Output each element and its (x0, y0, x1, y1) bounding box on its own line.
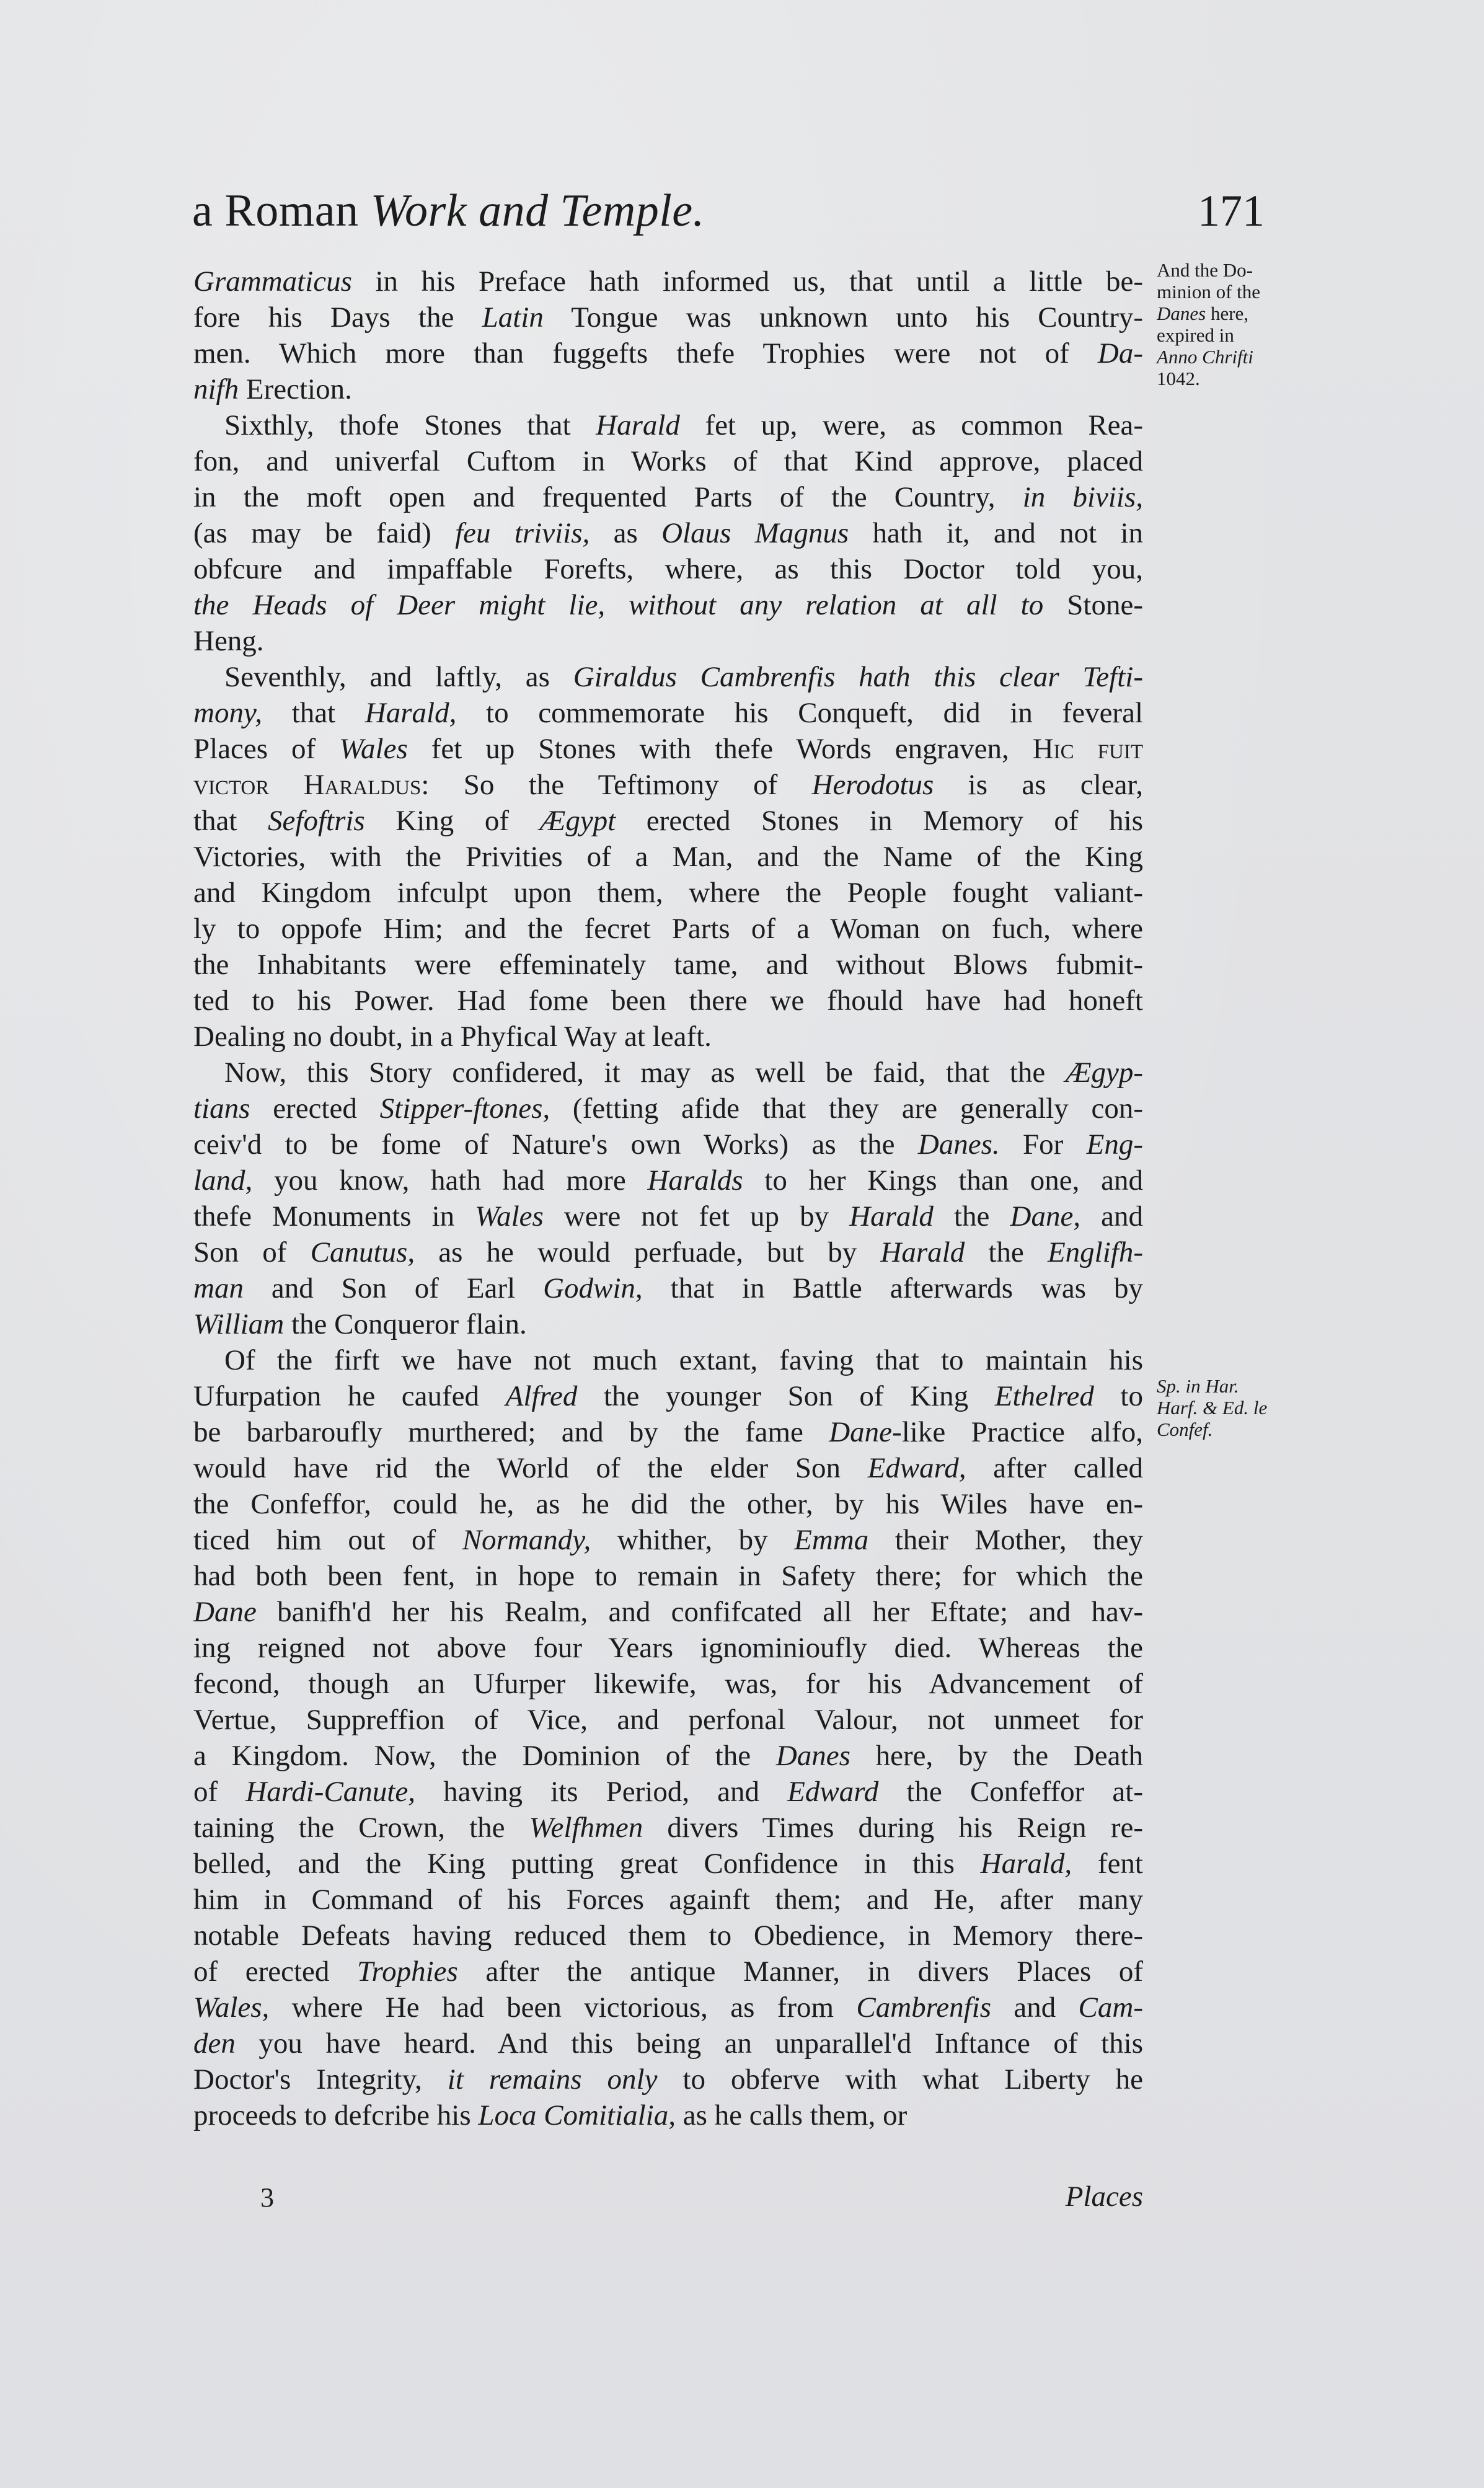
text-line: men. Which more than fuggefts thefe Trop… (193, 335, 1143, 371)
text-segment: of erected (193, 1955, 357, 1988)
text-segment: fore his Days the (193, 301, 482, 334)
text-segment: here, (1206, 303, 1248, 324)
text-segment: had both been fent, in hope to remain in… (193, 1560, 1143, 1592)
text-segment: ceiv'd to be fome of Nature's own Works)… (193, 1128, 918, 1161)
small-caps-text: Hic fuit (1033, 733, 1143, 765)
text-segment: in his Preface hath informed us, that un… (352, 265, 1143, 298)
italic-text: the Heads of Deer might lie, without any… (193, 589, 1043, 621)
italic-text: Trophies (357, 1955, 458, 1988)
margin-note-line: Harf. & Ed. le (1157, 1397, 1318, 1419)
text-segment: that (262, 697, 365, 729)
text-segment: Ufurpation he caufed (193, 1380, 506, 1412)
text-line: fore his Days the Latin Tongue was unkno… (193, 299, 1143, 335)
italic-text: Olaus Magnus (661, 517, 849, 549)
running-title: a Roman Work and Temple. (192, 177, 705, 245)
text-line: of Hardi-Canute, having its Period, and … (193, 1774, 1143, 1810)
text-segment: that (193, 805, 268, 837)
text-segment: King of (365, 805, 540, 837)
text-line: belled, and the King putting great Confi… (193, 1846, 1143, 1882)
text-segment: Places of (193, 733, 339, 765)
book-page: a Roman Work and Temple. 171 Grammaticus… (0, 0, 1484, 2488)
text-segment: Doctor's Integrity, (193, 2063, 448, 2096)
text-segment: be barbaroufly murthered; and by the fam… (193, 1416, 829, 1448)
text-segment: Sixthly, thofe Stones that (224, 409, 596, 441)
text-line: obfcure and impaffable Forefts, where, a… (193, 551, 1143, 587)
text-segment: fent (1072, 1848, 1143, 1880)
text-segment: in the moft open and frequented Parts of… (193, 481, 1023, 513)
text-line: Ufurpation he caufed Alfred the younger … (193, 1378, 1143, 1414)
text-segment: were not fet up by (544, 1200, 849, 1233)
italic-text: Normandy, (462, 1524, 591, 1556)
text-line: Grammaticus in his Preface hath informed… (193, 263, 1143, 299)
text-line: Dealing no doubt, in a Phyfical Way at l… (193, 1019, 1143, 1055)
text-segment: the (934, 1200, 1010, 1233)
text-segment: Of the firft we have not much extant, fa… (224, 1344, 1143, 1376)
italic-text: Herodotus (812, 769, 934, 801)
text-segment: Erection. (239, 373, 352, 405)
text-line: be barbaroufly murthered; and by the fam… (193, 1414, 1143, 1450)
italic-text: Wales, (193, 1991, 269, 2024)
text-line: notable Defeats having reduced them to O… (193, 1918, 1143, 1954)
italic-text: Edward (787, 1776, 878, 1808)
text-line: Sixthly, thofe Stones that Harald fet up… (193, 407, 1143, 443)
italic-text: Englifh- (1048, 1236, 1143, 1268)
text-segment: Vertue, Suppreffion of Vice, and perfona… (193, 1704, 1143, 1736)
running-title-roman: a Roman (192, 185, 371, 236)
text-line: proceeds to defcribe his Loca Comitialia… (193, 2097, 1143, 2133)
text-segment: you know, hath had more (252, 1164, 647, 1197)
text-line: Seventhly, and laftly, as Giraldus Cambr… (193, 659, 1143, 695)
text-segment: and (991, 1991, 1079, 2024)
text-segment: as (590, 517, 661, 549)
italic-text: nifh (193, 373, 239, 405)
text-segment: hath it, and not in (849, 517, 1143, 549)
italic-text: Emma (794, 1524, 868, 1556)
italic-text: land, (193, 1164, 252, 1197)
italic-text: Ægypt (540, 805, 616, 837)
text-line: the Heads of Deer might lie, without any… (193, 587, 1143, 623)
italic-text: Welfhmen (529, 1812, 643, 1844)
text-segment: minion of the (1157, 281, 1260, 303)
text-segment: (as may be faid) (193, 517, 455, 549)
italic-text: Canutus, (311, 1236, 415, 1268)
text-segment: -like Practice alfo, (892, 1416, 1143, 1448)
signature-mark: 3 (260, 2179, 274, 2216)
text-segment: to commemorate his Conqueft, did in feve… (456, 697, 1143, 729)
text-segment: after called (966, 1452, 1143, 1484)
text-line: the Confeffor, could he, as he did the o… (193, 1486, 1143, 1522)
italic-text: Sp. in Har. (1157, 1375, 1239, 1397)
text-line: William the Conqueror flain. (193, 1306, 1143, 1342)
italic-text: William (193, 1308, 284, 1340)
text-segment: fet up, were, as common Rea- (680, 409, 1143, 441)
italic-text: Giraldus Cambrenfis hath this clear Teft… (573, 661, 1143, 693)
text-line: ly to oppofe Him; and the fecret Parts o… (193, 911, 1143, 947)
text-line: Of the firft we have not much extant, fa… (193, 1342, 1143, 1378)
text-segment: Heng. (193, 625, 264, 657)
italic-text: Danes. (918, 1128, 1000, 1161)
text-segment: obfcure and impaffable Forefts, where, a… (193, 553, 1143, 585)
text-segment: the Conqueror flain. (284, 1308, 527, 1340)
italic-text: Anno Chrifti (1157, 346, 1253, 368)
text-segment: whither, by (591, 1524, 794, 1556)
italic-text: Eng- (1087, 1128, 1143, 1161)
body-text: Grammaticus in his Preface hath informed… (193, 263, 1143, 2133)
text-line: ticed him out of Normandy, whither, by E… (193, 1522, 1143, 1558)
italic-text: Edward, (868, 1452, 966, 1484)
italic-text: Grammaticus (193, 265, 352, 298)
text-segment: after the antique Manner, in divers Plac… (458, 1955, 1143, 1988)
text-segment: having its Period, and (415, 1776, 787, 1808)
page-number: 171 (1198, 177, 1265, 245)
text-line: of erected Trophies after the antique Ma… (193, 1954, 1143, 1990)
text-segment: fon, and univerfal Cuftom in Works of th… (193, 445, 1143, 477)
text-segment: the Confeffor, could he, as he did the o… (193, 1488, 1143, 1520)
text-segment: as he calls them, or (676, 2099, 907, 2132)
text-segment: Seventhly, and laftly, as (224, 661, 573, 693)
text-segment: Tongue was unknown unto his Country- (544, 301, 1143, 334)
italic-text: Harald, (365, 697, 457, 729)
text-segment: the younger Son of King (577, 1380, 994, 1412)
text-line: Victories, with the Privities of a Man, … (193, 839, 1143, 875)
text-segment: ted to his Power. Had fome been there we… (193, 985, 1143, 1017)
text-line: (as may be faid) feu triviis, as Olaus M… (193, 515, 1143, 551)
margin-note-line: Sp. in Har. (1157, 1375, 1318, 1397)
italic-text: Cambrenfis (856, 1991, 991, 2024)
text-segment: Now, this Story confidered, it may as we… (224, 1056, 1066, 1089)
text-segment: ly to oppofe Him; and the fecret Parts o… (193, 913, 1143, 945)
text-line: him in Command of his Forces againft the… (193, 1882, 1143, 1918)
text-segment: 1042. (1157, 368, 1200, 389)
running-head: a Roman Work and Temple. 171 (192, 177, 1265, 245)
text-segment: and (1080, 1200, 1143, 1233)
text-line: fon, and univerfal Cuftom in Works of th… (193, 443, 1143, 479)
text-segment: the (965, 1236, 1048, 1268)
italic-text: Cam- (1079, 1991, 1143, 2024)
text-segment: and Kingdom infculpt upon them, where th… (193, 877, 1143, 909)
italic-text: Harald (880, 1236, 965, 1268)
small-caps-text: victor Haraldus (193, 769, 421, 801)
text-segment: Victories, with the Privities of a Man, … (193, 841, 1143, 873)
italic-text: Hardi-Canute, (245, 1776, 415, 1808)
text-line: ceiv'd to be fome of Nature's own Works)… (193, 1127, 1143, 1162)
text-segment: ticed him out of (193, 1524, 462, 1556)
text-segment: fet up Stones with thefe Words engraven, (408, 733, 1033, 765)
text-line: Heng. (193, 623, 1143, 659)
italic-text: feu triviis, (455, 517, 590, 549)
text-segment: And the Do- (1157, 259, 1253, 281)
text-segment: where He had been victorious, as from (269, 1991, 856, 2024)
italic-text: Harald, (981, 1848, 1072, 1880)
text-segment: is as clear, (934, 769, 1143, 801)
text-segment: here, by the Death (850, 1740, 1143, 1772)
text-line: victor Haraldus: So the Teftimony of Her… (193, 767, 1143, 803)
italic-text: Confef. (1157, 1419, 1212, 1440)
text-segment: belled, and the King putting great Confi… (193, 1848, 981, 1880)
text-line: thefe Monuments in Wales were not fet up… (193, 1198, 1143, 1234)
text-segment: (fetting afide that they are generally c… (550, 1092, 1143, 1125)
italic-text: Haralds (647, 1164, 743, 1197)
italic-text: den (193, 2027, 236, 2060)
italic-text: man (193, 1272, 244, 1304)
text-line: in the moft open and frequented Parts of… (193, 479, 1143, 515)
text-segment: that in Battle afterwards was by (643, 1272, 1143, 1304)
italic-text: Dane (829, 1416, 892, 1448)
text-segment: a Kingdom. Now, the Dominion of the (193, 1740, 776, 1772)
text-segment: you have heard. And this being an unpara… (236, 2027, 1143, 2060)
text-line: tians erected Stipper-ftones, (fetting a… (193, 1091, 1143, 1127)
italic-text: Dane (193, 1596, 257, 1628)
italic-text: Harald (849, 1200, 934, 1233)
text-segment: : So the Teftimony of (421, 769, 811, 801)
italic-text: Sefoftris (268, 805, 365, 837)
margin-note-line: 1042. (1157, 368, 1318, 389)
margin-note-danes-dominion: And the Do-minion of theDanes here,expir… (1157, 259, 1318, 389)
text-segment: notable Defeats having reduced them to O… (193, 1919, 1143, 1952)
text-line: a Kingdom. Now, the Dominion of the Dane… (193, 1738, 1143, 1774)
text-segment: thefe Monuments in (193, 1200, 475, 1233)
italic-text: Danes (1157, 303, 1206, 324)
margin-note-source-reference: Sp. in Har.Harf. & Ed. leConfef. (1157, 1375, 1318, 1440)
text-segment: the Confeffor at- (878, 1776, 1143, 1808)
text-line: nifh Erection. (193, 371, 1143, 407)
text-segment: to her Kings than one, and (743, 1164, 1143, 1197)
text-line: had both been fent, in hope to remain in… (193, 1558, 1143, 1594)
italic-text: Da- (1098, 337, 1143, 370)
text-segment: expired in (1157, 324, 1234, 346)
italic-text: Stipper-ftones, (380, 1092, 550, 1125)
text-segment: ing reigned not above four Years ignomin… (193, 1632, 1143, 1664)
text-line: taining the Crown, the Welfhmen divers T… (193, 1810, 1143, 1846)
italic-text: Dane, (1010, 1200, 1081, 1233)
italic-text: Loca Comitialia, (478, 2099, 676, 2132)
text-segment: Son of (193, 1236, 311, 1268)
text-line: mony, that Harald, to commemorate his Co… (193, 695, 1143, 731)
text-segment: to (1094, 1380, 1143, 1412)
text-segment: erected (250, 1092, 379, 1125)
text-segment: him in Command of his Forces againft the… (193, 1884, 1143, 1916)
italic-text: mony, (193, 697, 262, 729)
text-line: ted to his Power. Had fome been there we… (193, 983, 1143, 1019)
text-segment: the Inhabitants were effeminately tame, … (193, 949, 1143, 981)
italic-text: Harf. & Ed. le (1157, 1397, 1267, 1419)
text-segment: as he would perfuade, but by (415, 1236, 880, 1268)
text-line: Son of Canutus, as he would perfuade, bu… (193, 1234, 1143, 1270)
italic-text: Wales (339, 733, 408, 765)
text-segment: fecond, though an Ufurper likewife, was,… (193, 1668, 1143, 1700)
text-segment: of (193, 1776, 245, 1808)
margin-note-line: Danes here, (1157, 303, 1318, 324)
italic-text: Latin (482, 301, 544, 334)
text-segment: men. Which more than fuggefts thefe Trop… (193, 337, 1098, 370)
margin-note-line: And the Do- (1157, 259, 1318, 281)
text-line: man and Son of Earl Godwin, that in Batt… (193, 1270, 1143, 1306)
italic-text: Godwin, (543, 1272, 643, 1304)
italic-text: Danes (776, 1740, 850, 1772)
italic-text: Ethelred (995, 1380, 1094, 1412)
margin-note-line: minion of the (1157, 281, 1318, 303)
text-line: Wales, where He had been victorious, as … (193, 1990, 1143, 2025)
text-segment: proceeds to defcribe his (193, 2099, 478, 2132)
italic-text: tians (193, 1092, 250, 1125)
text-line: ing reigned not above four Years ignomin… (193, 1630, 1143, 1666)
italic-text: Harald (596, 409, 680, 441)
italic-text: in biviis, (1023, 481, 1143, 513)
margin-note-line: expired in (1157, 324, 1318, 346)
text-line: Doctor's Integrity, it remains only to o… (193, 2061, 1143, 2097)
margin-note-line: Anno Chrifti (1157, 346, 1318, 368)
text-segment: banifh'd her his Realm, and confifcated … (257, 1596, 1143, 1628)
text-segment: their Mother, they (868, 1524, 1143, 1556)
text-segment: taining the Crown, the (193, 1812, 529, 1844)
running-title-italic: Work and Temple. (371, 185, 705, 236)
text-line: Now, this Story confidered, it may as we… (193, 1055, 1143, 1091)
text-segment: Stone- (1043, 589, 1143, 621)
text-line: Dane banifh'd her his Realm, and confifc… (193, 1594, 1143, 1630)
text-segment: would have rid the World of the elder So… (193, 1452, 868, 1484)
text-line: the Inhabitants were effeminately tame, … (193, 947, 1143, 983)
italic-text: it remains only (448, 2063, 658, 2096)
text-segment: Dealing no doubt, in a Phyfical Way at l… (193, 1020, 712, 1053)
text-line: den you have heard. And this being an un… (193, 2025, 1143, 2061)
text-segment: and Son of Earl (244, 1272, 543, 1304)
text-line: Vertue, Suppreffion of Vice, and perfona… (193, 1702, 1143, 1738)
italic-text: Ægyp- (1066, 1056, 1143, 1089)
text-segment: to obferve with what Liberty he (657, 2063, 1143, 2096)
text-line: land, you know, hath had more Haralds to… (193, 1162, 1143, 1198)
catchword: Places (1066, 2178, 1143, 2215)
text-line: fecond, though an Ufurper likewife, was,… (193, 1666, 1143, 1702)
text-line: would have rid the World of the elder So… (193, 1450, 1143, 1486)
text-segment: divers Times during his Reign re- (643, 1812, 1143, 1844)
text-segment: erected Stones in Memory of his (616, 805, 1143, 837)
text-line: and Kingdom infculpt upon them, where th… (193, 875, 1143, 911)
italic-text: Alfred (506, 1380, 578, 1412)
text-line: Places of Wales fet up Stones with thefe… (193, 731, 1143, 767)
margin-note-line: Confef. (1157, 1419, 1318, 1440)
text-segment: For (1000, 1128, 1087, 1161)
italic-text: Wales (475, 1200, 544, 1233)
text-line: that Sefoftris King of Ægypt erected Sto… (193, 803, 1143, 839)
